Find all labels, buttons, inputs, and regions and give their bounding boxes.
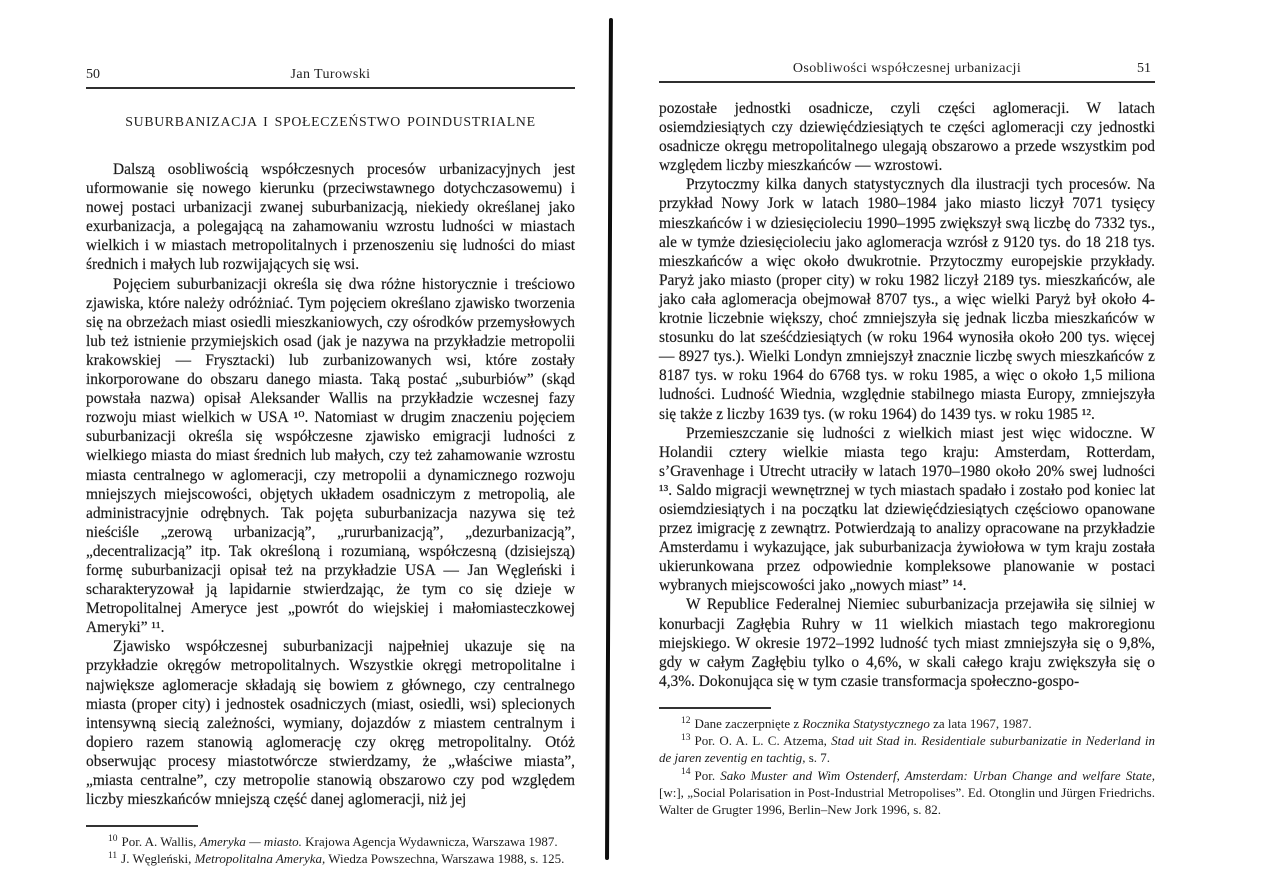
body-paragraph: Dalszą osobliwością współczesnych proces… xyxy=(86,160,575,275)
body-text: Dalszą osobliwością współczesnych proces… xyxy=(86,160,575,809)
footnote-marker: 13 xyxy=(681,733,691,743)
body-paragraph: W Republice Federalnej Niemiec suburbani… xyxy=(659,595,1155,690)
footnote-marker: 14 xyxy=(681,767,691,777)
body-paragraph: Pojęciem suburbanizacji określa się dwa … xyxy=(86,275,575,638)
chapter-title: SUBURBANIZACJA I SPOŁECZEŃSTWO POINDUSTR… xyxy=(86,114,575,130)
page-left-header: 50 Jan Turowski xyxy=(86,66,575,89)
footnote-text: Krajowa Agencja Wydawnicza, Warszawa 198… xyxy=(302,834,558,849)
footnote-text: za lata 1967, 1987. xyxy=(930,716,1032,731)
running-header: Osobliwości współczesnej urbanizacji xyxy=(659,61,1155,77)
footnote-title-italic: Metropolitalna Ameryka, xyxy=(195,851,326,866)
page-gutter-divider xyxy=(605,18,613,860)
body-text: pozostałe jednostki osadnicze, czyli czę… xyxy=(659,99,1155,691)
body-paragraph: Przemieszczanie się ludności z wielkich … xyxy=(659,424,1155,596)
footnote-title-italic: Rocznika Statystycznego xyxy=(802,716,929,731)
footnote-text: Dane zaczerpnięte z xyxy=(695,716,803,731)
footnote-text: [w:], „Social Polarisation in Post-Indus… xyxy=(659,785,1155,817)
body-paragraph: Zjawisko współczesnej suburbanizacji naj… xyxy=(86,637,575,809)
footnote-block: 10Por. A. Wallis, Ameryka — miasto. Kraj… xyxy=(86,825,575,867)
footnote: 14Por. Sako Muster and Wim Ostenderf, Am… xyxy=(659,767,1155,819)
footnote-rule xyxy=(659,707,771,709)
footnote-text: Por. xyxy=(695,768,721,783)
footnote-text: s. 7. xyxy=(805,750,830,765)
footnote-text: Wiedza Powszechna, Warszawa 1988, s. 125… xyxy=(325,851,564,866)
footnote-title-italic: Sako Muster and Wim Ostenderf, Amsterdam… xyxy=(720,768,1155,783)
footnote-text: J. Węgleński, xyxy=(121,851,194,866)
footnote: 11J. Węgleński, Metropolitalna Ameryka, … xyxy=(86,850,575,867)
page-right: Osobliwości współczesnej urbanizacji 51 … xyxy=(659,60,1155,818)
scanned-book-spread: 50 Jan Turowski SUBURBANIZACJA I SPOŁECZ… xyxy=(0,0,1262,894)
footnote-block: 12Dane zaczerpnięte z Rocznika Statystyc… xyxy=(659,707,1155,818)
footnote-title-italic: Ameryka — miasto. xyxy=(200,834,302,849)
body-paragraph: Przytoczmy kilka danych statystycznych d… xyxy=(659,175,1155,423)
footnote-marker: 10 xyxy=(108,834,118,844)
page-right-header: Osobliwości współczesnej urbanizacji 51 xyxy=(659,60,1155,83)
running-header: Jan Turowski xyxy=(86,67,575,83)
footnote-marker: 12 xyxy=(681,716,691,726)
footnote-text: Por. A. Wallis, xyxy=(122,834,200,849)
page-left: 50 Jan Turowski SUBURBANIZACJA I SPOŁECZ… xyxy=(86,66,575,868)
page-number: 51 xyxy=(1137,61,1151,77)
footnote: 10Por. A. Wallis, Ameryka — miasto. Kraj… xyxy=(86,833,575,850)
body-paragraph: pozostałe jednostki osadnicze, czyli czę… xyxy=(659,99,1155,175)
footnote-marker: 11 xyxy=(108,851,117,861)
footnote-text: Por. O. A. L. C. Atzema, xyxy=(695,733,832,748)
footnote: 12Dane zaczerpnięte z Rocznika Statystyc… xyxy=(659,715,1155,732)
footnote-rule xyxy=(86,825,198,827)
footnote: 13Por. O. A. L. C. Atzema, Stad uit Stad… xyxy=(659,732,1155,766)
